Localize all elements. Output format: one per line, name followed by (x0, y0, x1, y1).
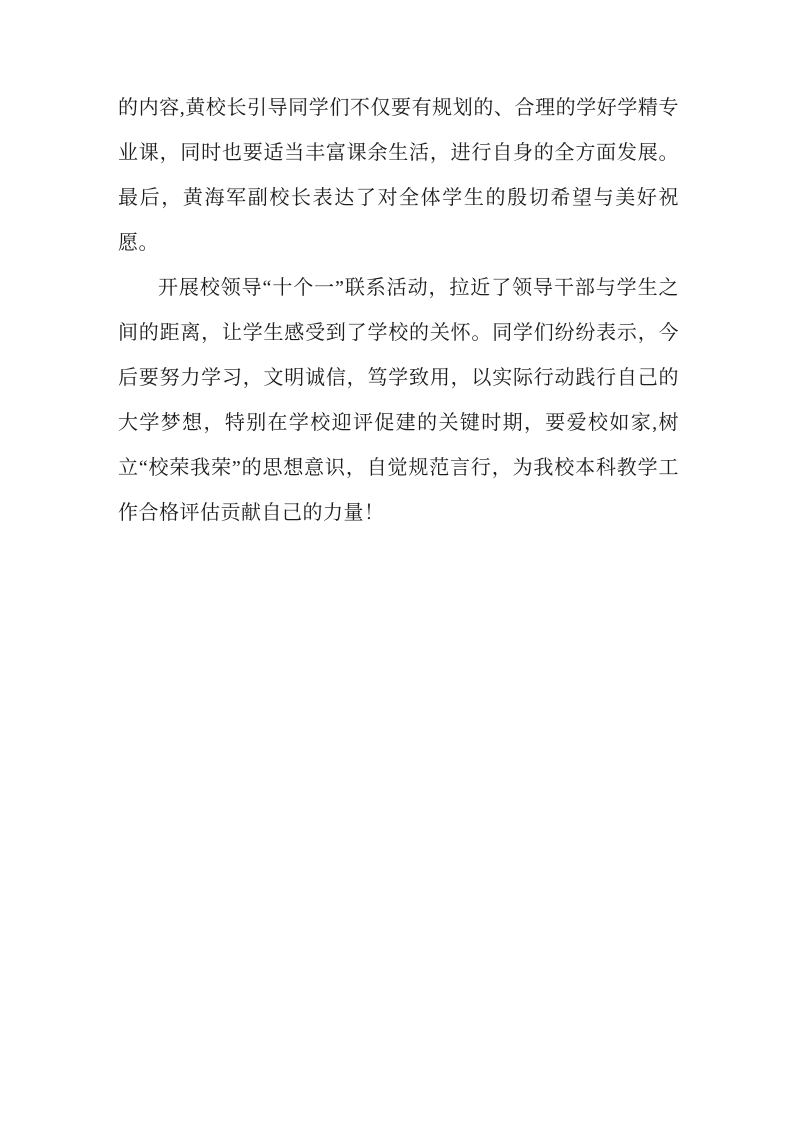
paragraph-body: 开展校领导“十个一”联系活动，拉近了领导干部与学生之间的距离，让学生感受到了学校… (118, 266, 679, 536)
paragraph-continuation: 的内容,黄校长引导同学们不仅要有规划的、合理的学好学精专业课，同时也要适当丰富课… (118, 86, 679, 266)
document-page: 的内容,黄校长引导同学们不仅要有规划的、合理的学好学精专业课，同时也要适当丰富课… (0, 0, 793, 1122)
document-text-block: 的内容,黄校长引导同学们不仅要有规划的、合理的学好学精专业课，同时也要适当丰富课… (118, 86, 679, 536)
